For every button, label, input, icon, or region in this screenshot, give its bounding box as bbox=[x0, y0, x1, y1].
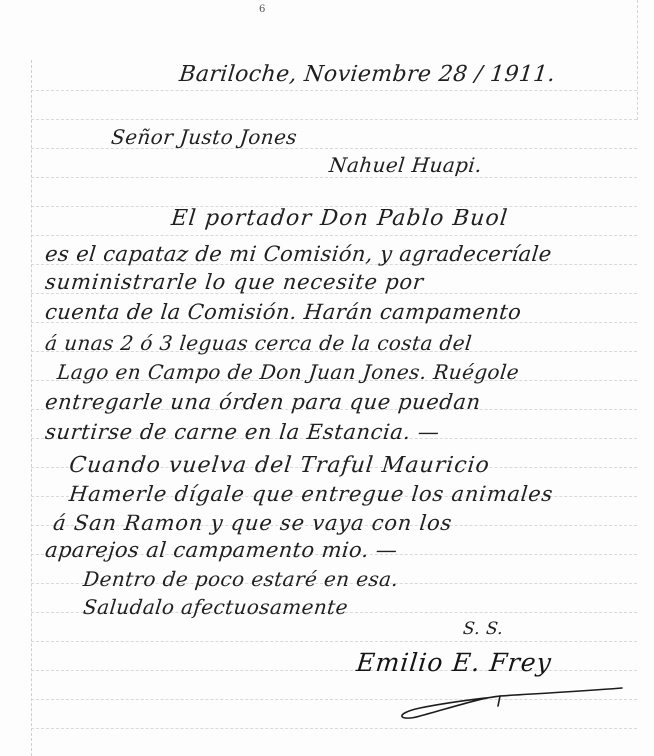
body-line: Lago en Campo de Don Juan Jones. Ruégole bbox=[56, 360, 520, 384]
body-line: suministrarle lo que necesite por bbox=[44, 270, 425, 294]
ruled-line bbox=[31, 177, 637, 178]
ruled-line bbox=[31, 235, 637, 236]
letter-page: 6 Bariloche, Noviembre 28 / 1911. Señor … bbox=[0, 0, 654, 756]
body-line: cuenta de la Comisión. Harán campamento bbox=[44, 300, 523, 324]
body-line: entregarle una órden para que puedan bbox=[44, 390, 482, 414]
recipient-name: Señor Justo Jones bbox=[110, 125, 298, 149]
ruled-line bbox=[31, 119, 637, 120]
page-number-mark: 6 bbox=[259, 4, 265, 15]
body-line: surtirse de carne en la Estancia. — bbox=[44, 420, 441, 444]
body-line: es el capataz de mi Comisión, y agradece… bbox=[44, 242, 553, 266]
closing-abbreviation: S. S. bbox=[462, 619, 504, 639]
body-line: á San Ramon y que se vaya con los bbox=[52, 511, 453, 535]
body-line: á unas 2 ó 3 leguas cerca de la costa de… bbox=[44, 331, 473, 355]
right-margin-line bbox=[637, 0, 638, 120]
signature-flourish-icon bbox=[390, 668, 630, 728]
ruled-line bbox=[31, 728, 637, 729]
body-line: Dentro de poco estaré en esa. bbox=[82, 567, 400, 591]
ruled-line bbox=[31, 90, 637, 91]
recipient-place: Nahuel Huapi. bbox=[328, 153, 483, 177]
left-margin-line bbox=[31, 60, 32, 756]
body-line: El portador Don Pablo Buol bbox=[170, 206, 510, 231]
body-line: Saludalo afectuosamente bbox=[82, 595, 349, 619]
ruled-line bbox=[31, 641, 637, 642]
body-line: Cuando vuelva del Traful Mauricio bbox=[68, 453, 491, 478]
body-line: Hamerle dígale que entregue los animales bbox=[68, 482, 554, 506]
place-date-line: Bariloche, Noviembre 28 / 1911. bbox=[178, 62, 556, 87]
body-line: aparejos al campamento mio. — bbox=[44, 538, 399, 562]
